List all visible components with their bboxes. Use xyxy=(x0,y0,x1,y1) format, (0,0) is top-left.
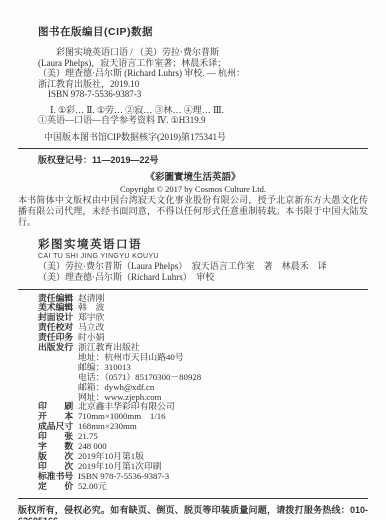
colophon-value: 马立改 xyxy=(78,323,366,333)
colophon-label xyxy=(38,383,78,393)
reviewer-line: （美）理查德·吕尔斯（Richard Luhrs） 审校 xyxy=(38,272,366,283)
colophon-label: 出版发行 xyxy=(38,343,78,353)
copyright-registration-number: 版权登记号：11—2019—22号 xyxy=(38,155,366,166)
colophon: 责任编辑赵清刚 美术编辑韩 波 封面设计郑宇欣 责任校对马立改 责任印务时小娟 … xyxy=(38,294,366,492)
colophon-label: 定 价 xyxy=(38,482,78,492)
divider xyxy=(18,289,368,290)
cip-record-number: 中国版本图书馆CIP数据核字(2019)第175341号 xyxy=(38,132,366,143)
colophon-label xyxy=(38,353,78,363)
colophon-value: 赵清刚 xyxy=(78,294,366,304)
cip-classification: Ⅰ. ①彩… Ⅱ. ①劳… ②寂… ③林… ④理… Ⅲ. ①英语—口语—自学参考… xyxy=(38,105,366,126)
license-statement: 本书简体中文版权由中国台湾寂天文化事业股份有限公司，授予北京新东方大愚文化传播有… xyxy=(18,195,368,228)
cip-description: 彩图实境英语口语 / （美）劳拉·费尔普斯 (Laura Phelps)，寂天语… xyxy=(38,47,366,100)
cip-line: （美）理查德·吕尔斯 (Richard Luhrs) 审校. — 杭州： xyxy=(38,68,366,79)
colophon-value: 168mm×230mm xyxy=(78,422,366,432)
colophon-value: 21.75 xyxy=(78,432,366,442)
colophon-value: ISBN 978-7-5536-9387-3 xyxy=(78,472,366,482)
cip-index-line: ①英语—口语—自学参考资料 Ⅳ. ①H319.9 xyxy=(38,115,366,126)
book-title-pinyin: CAI TU SHI JING YINGYU KOUYU xyxy=(38,252,366,261)
cip-line: (Laura Phelps)，寂天语言工作室著；林晨禾译； xyxy=(38,58,366,69)
colophon-value: 郑宇欣 xyxy=(78,313,366,323)
colophon-value: 52.00元 xyxy=(78,482,366,492)
authors-line: （美）劳拉·费尔普斯（Laura Phelps） 寂天语言工作室 著 林晨禾 译 xyxy=(38,261,366,272)
cip-line: 浙江教育出版社，2019.10 xyxy=(38,79,366,90)
original-title: 《彩圖實境生活英語》 xyxy=(18,173,368,184)
colophon-row: 定 价52.00元 xyxy=(38,482,366,492)
colophon-label xyxy=(38,363,78,373)
divider xyxy=(18,498,368,499)
cip-line: 彩图实境英语口语 / （美）劳拉·费尔普斯 xyxy=(38,47,366,58)
book-title: 彩图实境英语口语 xyxy=(38,239,366,252)
isbn-line: ISBN 978-7-5536-9387-3 xyxy=(38,89,366,100)
cip-index-line: Ⅰ. ①彩… Ⅱ. ①劳… ②寂… ③林… ④理… Ⅲ. xyxy=(38,105,366,116)
copyright-page: 图书在版编目(CIP)数据 彩图实境英语口语 / （美）劳拉·费尔普斯 (Lau… xyxy=(0,0,386,520)
cip-heading: 图书在版编目(CIP)数据 xyxy=(38,26,366,38)
copyright-line: Copyright © 2017 by Cosmos Culture Ltd. xyxy=(18,184,368,195)
piracy-notice: 版权所有，侵权必究。如有缺页、倒页、脱页等印装质量问题，请拨打服务热线：010-… xyxy=(18,505,368,520)
colophon-label xyxy=(38,373,78,383)
colophon-value: 韩 波 xyxy=(78,303,366,313)
divider xyxy=(18,148,368,149)
